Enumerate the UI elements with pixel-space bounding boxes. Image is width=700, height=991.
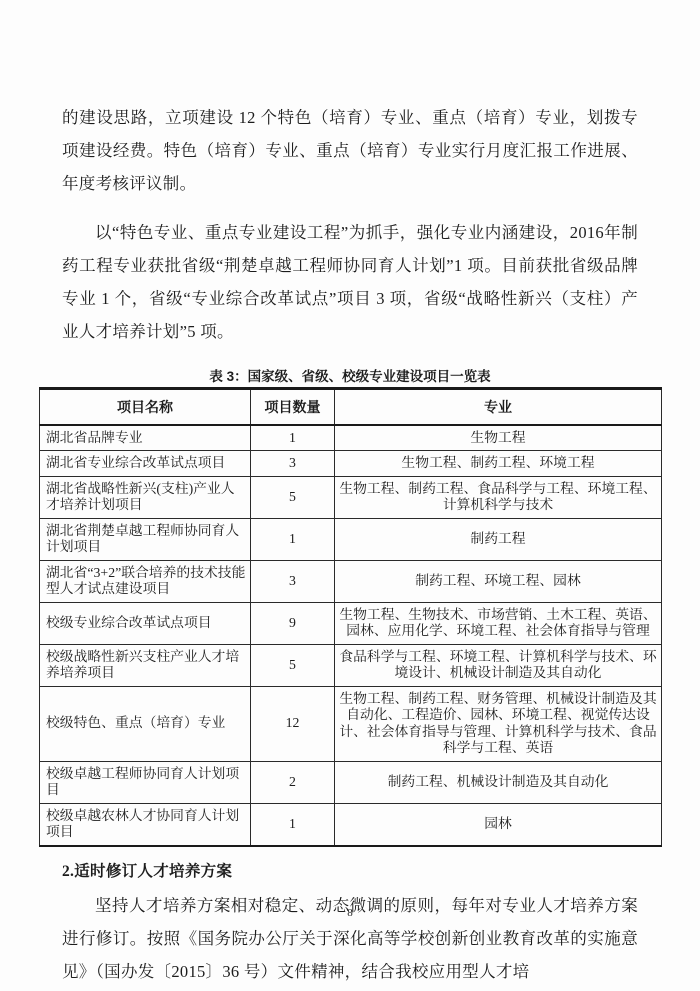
- table-caption: 表 3：国家级、省级、校级专业建设项目一览表: [39, 365, 661, 385]
- paragraph-construction-plan: 的建设思路，立项建设 12 个特色（培育）专业、重点（培育）专业，划拨专项建设经…: [62, 17, 638, 200]
- majors-cell: 食品科学与工程、环境工程、计算机科学与技术、环境设计、机械设计制造及其自动化: [335, 644, 662, 686]
- paragraph-training-plan-revision: 坚持人才培养方案相对稳定、动态微调的原则，每年对专业人才培养方案进行修订。按照《…: [62, 889, 638, 988]
- project-count-cell: 1: [251, 803, 335, 846]
- header-majors: 专业: [335, 388, 662, 425]
- project-name-cell: 湖北省品牌专业: [40, 425, 251, 451]
- table-row: 湖北省战略性新兴(支柱)产业人才培养计划项目 5 生物工程、制药工程、食品科学与…: [40, 476, 662, 518]
- majors-cell: 制药工程: [335, 518, 662, 560]
- majors-cell: 生物工程、生物技术、市场营销、土木工程、英语、园林、应用化学、环境工程、社会体育…: [335, 602, 662, 644]
- table-row: 湖北省荆楚卓越工程师协同育人计划项目 1 制药工程: [40, 518, 662, 560]
- project-count-cell: 5: [251, 476, 335, 518]
- table-row: 湖北省品牌专业 1 生物工程: [40, 425, 662, 451]
- project-name-cell: 校级战略性新兴支柱产业人才培养培养项目: [40, 644, 251, 686]
- project-count-cell: 12: [251, 686, 335, 761]
- table-row: 校级特色、重点（培育）专业 12 生物工程、制药工程、财务管理、机械设计制造及其…: [40, 686, 662, 761]
- project-count-cell: 3: [251, 451, 335, 477]
- project-count-cell: 3: [251, 560, 335, 602]
- table-row: 校级卓越农林人才协同育人计划项目 1 园林: [40, 803, 662, 846]
- project-count-cell: 2: [251, 761, 335, 803]
- page-number: 8: [0, 907, 700, 919]
- table-row: 校级卓越工程师协同育人计划项目 2 制药工程、机械设计制造及其自动化: [40, 761, 662, 803]
- project-name-cell: 校级卓越工程师协同育人计划项目: [40, 761, 251, 803]
- project-name-cell: 湖北省专业综合改革试点项目: [40, 451, 251, 477]
- majors-cell: 生物工程、制药工程、食品科学与工程、环境工程、计算机科学与技术: [335, 476, 662, 518]
- project-name-cell: 湖北省战略性新兴(支柱)产业人才培养计划项目: [40, 476, 251, 518]
- project-count-cell: 1: [251, 425, 335, 451]
- project-name-cell: 校级卓越农林人才协同育人计划项目: [40, 803, 251, 846]
- project-count-cell: 9: [251, 602, 335, 644]
- header-project-count: 项目数量: [251, 388, 335, 425]
- project-name-cell: 校级专业综合改革试点项目: [40, 602, 251, 644]
- table-row: 校级战略性新兴支柱产业人才培养培养项目 5 食品科学与工程、环境工程、计算机科学…: [40, 644, 662, 686]
- section-heading-revise-training-plan: 2.适时修订人才培养方案: [62, 859, 700, 885]
- major-construction-projects-table: 项目名称 项目数量 专业 湖北省品牌专业 1 生物工程 湖北省专业综合改革试点项…: [39, 387, 662, 847]
- document-page: 的建设思路，立项建设 12 个特色（培育）专业、重点（培育）专业，划拨专项建设经…: [0, 0, 700, 991]
- project-count-cell: 5: [251, 644, 335, 686]
- majors-cell: 制药工程、机械设计制造及其自动化: [335, 761, 662, 803]
- header-project-name: 项目名称: [40, 388, 251, 425]
- majors-cell: 生物工程、制药工程、财务管理、机械设计制造及其自动化、工程造价、园林、环境工程、…: [335, 686, 662, 761]
- table-row: 湖北省“3+2”联合培养的技术技能型人才试点建设项目 3 制药工程、环境工程、园…: [40, 560, 662, 602]
- majors-cell: 生物工程: [335, 425, 662, 451]
- project-name-cell: 湖北省荆楚卓越工程师协同育人计划项目: [40, 518, 251, 560]
- project-name-cell: 校级特色、重点（培育）专业: [40, 686, 251, 761]
- paragraph-special-majors: 以“特色专业、重点专业建设工程”为抓手，强化专业内涵建设，2016年制药工程专业…: [62, 216, 638, 348]
- project-count-cell: 1: [251, 518, 335, 560]
- majors-cell: 园林: [335, 803, 662, 846]
- project-name-cell: 湖北省“3+2”联合培养的技术技能型人才试点建设项目: [40, 560, 251, 602]
- table-row: 湖北省专业综合改革试点项目 3 生物工程、制药工程、环境工程: [40, 451, 662, 477]
- table-row: 校级专业综合改革试点项目 9 生物工程、生物技术、市场营销、土木工程、英语、园林…: [40, 602, 662, 644]
- table-header-row: 项目名称 项目数量 专业: [40, 388, 662, 425]
- majors-cell: 生物工程、制药工程、环境工程: [335, 451, 662, 477]
- majors-cell: 制药工程、环境工程、园林: [335, 560, 662, 602]
